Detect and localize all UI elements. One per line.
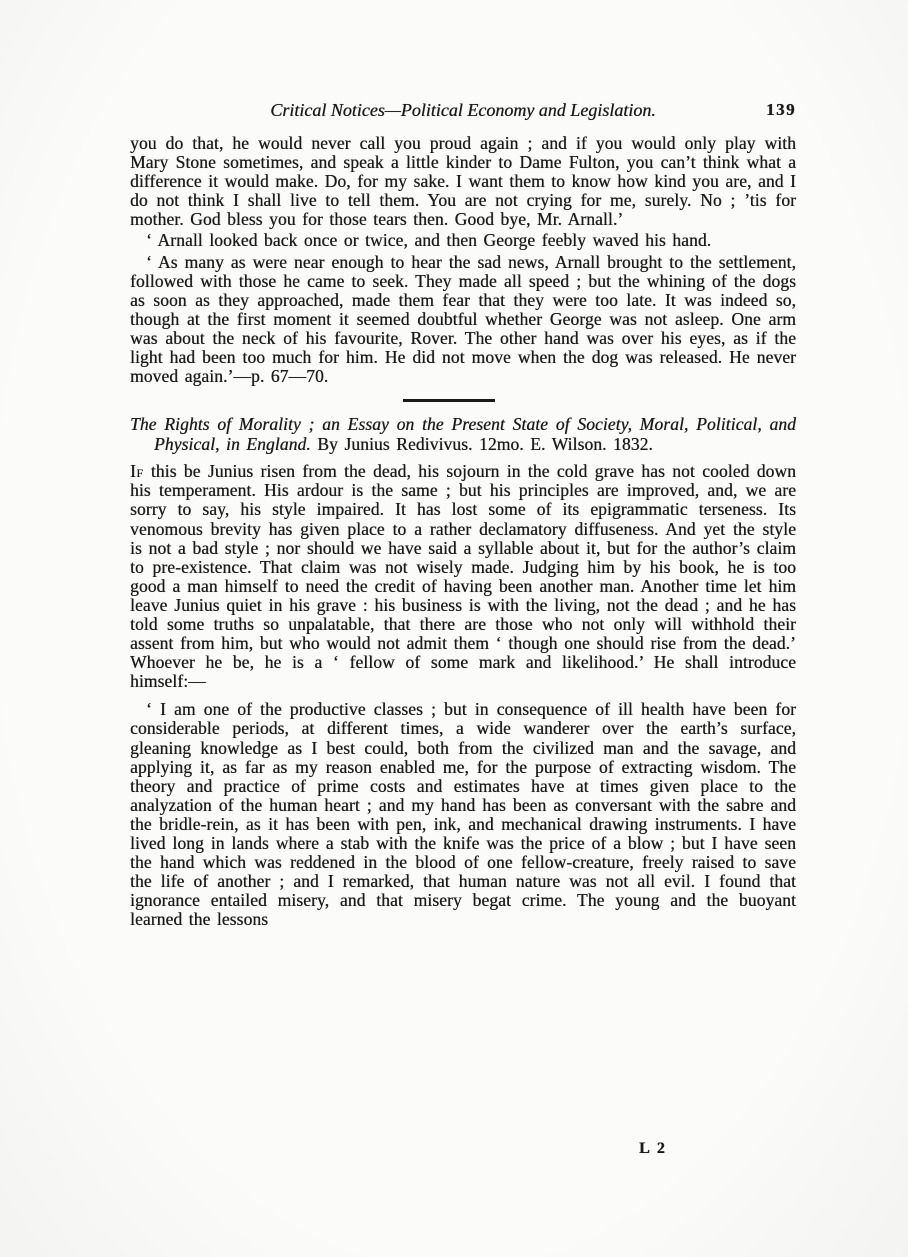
- page-header: Critical Notices—Political Economy and L…: [130, 100, 796, 120]
- review-heading: The Rights of Morality ; an Essay on the…: [130, 414, 796, 454]
- paragraph: ‘ Arnall looked back once or twice, and …: [130, 231, 796, 250]
- running-title: Critical Notices—Political Economy and L…: [270, 100, 655, 120]
- signature-mark: L 2: [639, 1140, 667, 1158]
- page-number: 139: [766, 100, 796, 120]
- review-body-text: this be Junius risen from the dead, his …: [130, 461, 796, 691]
- review-imprint: By Junius Redivivus. 12mo. E. Wilson. 18…: [317, 434, 653, 454]
- quote-paragraph: ‘ I am one of the productive classes ; b…: [130, 700, 796, 929]
- paragraph-continuation: you do that, he would never call you pro…: [130, 134, 796, 229]
- page-body: you do that, he would never call you pro…: [130, 134, 796, 929]
- scanned-page: Critical Notices—Political Economy and L…: [0, 0, 908, 1257]
- lead-word-smallcaps: If: [130, 461, 144, 481]
- section-divider-rule: [403, 399, 495, 402]
- paragraph: ‘ As many as were near enough to hear th…: [130, 253, 796, 387]
- review-body-paragraph: If this be Junius risen from the dead, h…: [130, 462, 796, 691]
